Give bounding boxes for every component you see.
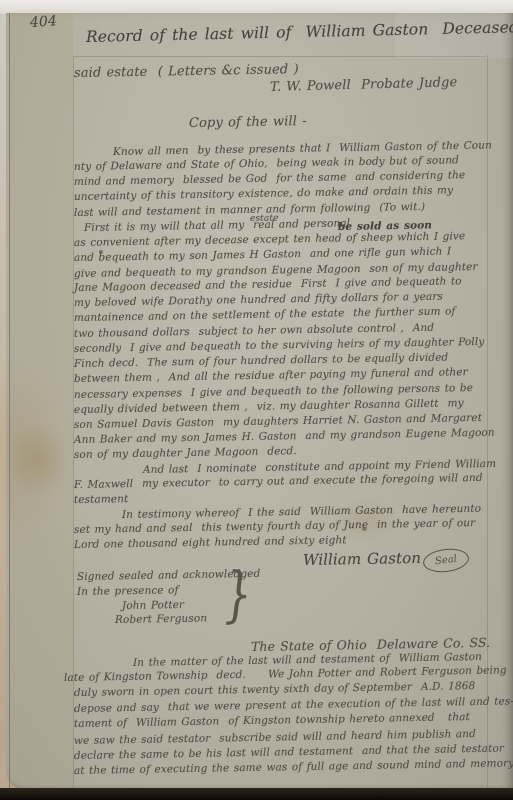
witness-brace: }: [223, 560, 252, 630]
manuscript-line: testament: [74, 493, 129, 506]
manuscript-line: Lord one thousand eight hundred and sixt…: [74, 534, 347, 551]
seal-stamp: Seal: [422, 546, 470, 574]
witness-name: John Potter: [122, 599, 184, 612]
copy-heading: Copy of the will -: [189, 114, 307, 131]
record-title: Record of the last will of William Gasto…: [86, 18, 513, 46]
manuscript-line: uncertainty of this transitory existence…: [74, 184, 453, 203]
manuscript-text: 404 Record of the last will of William G…: [0, 0, 513, 800]
seal-label: Seal: [434, 554, 457, 568]
manuscript-line: First it is my will that all my real and…: [84, 217, 350, 234]
manuscript-line: son of my daughter Jane Magoon decd.: [74, 445, 297, 461]
testator-signature: William Gaston: [303, 549, 421, 569]
scanned-will-record-page: { "header": { "page_number": "404", "tit…: [0, 0, 513, 800]
page-number: 404: [29, 13, 57, 31]
manuscript-line: and bequeath to my son James H Gaston an…: [74, 245, 451, 264]
witness-name: Robert Ferguson: [115, 612, 207, 626]
manuscript-line: F. Maxwell my executor to carry out and …: [74, 472, 483, 491]
judge-signature: T. W. Powell Probate Judge: [270, 75, 458, 95]
manuscript-line: mantainence and on the settlement of the…: [74, 305, 456, 324]
estate-note: said estate ( Letters &c issued ): [74, 62, 299, 81]
manuscript-line: In the presence of: [77, 584, 179, 598]
